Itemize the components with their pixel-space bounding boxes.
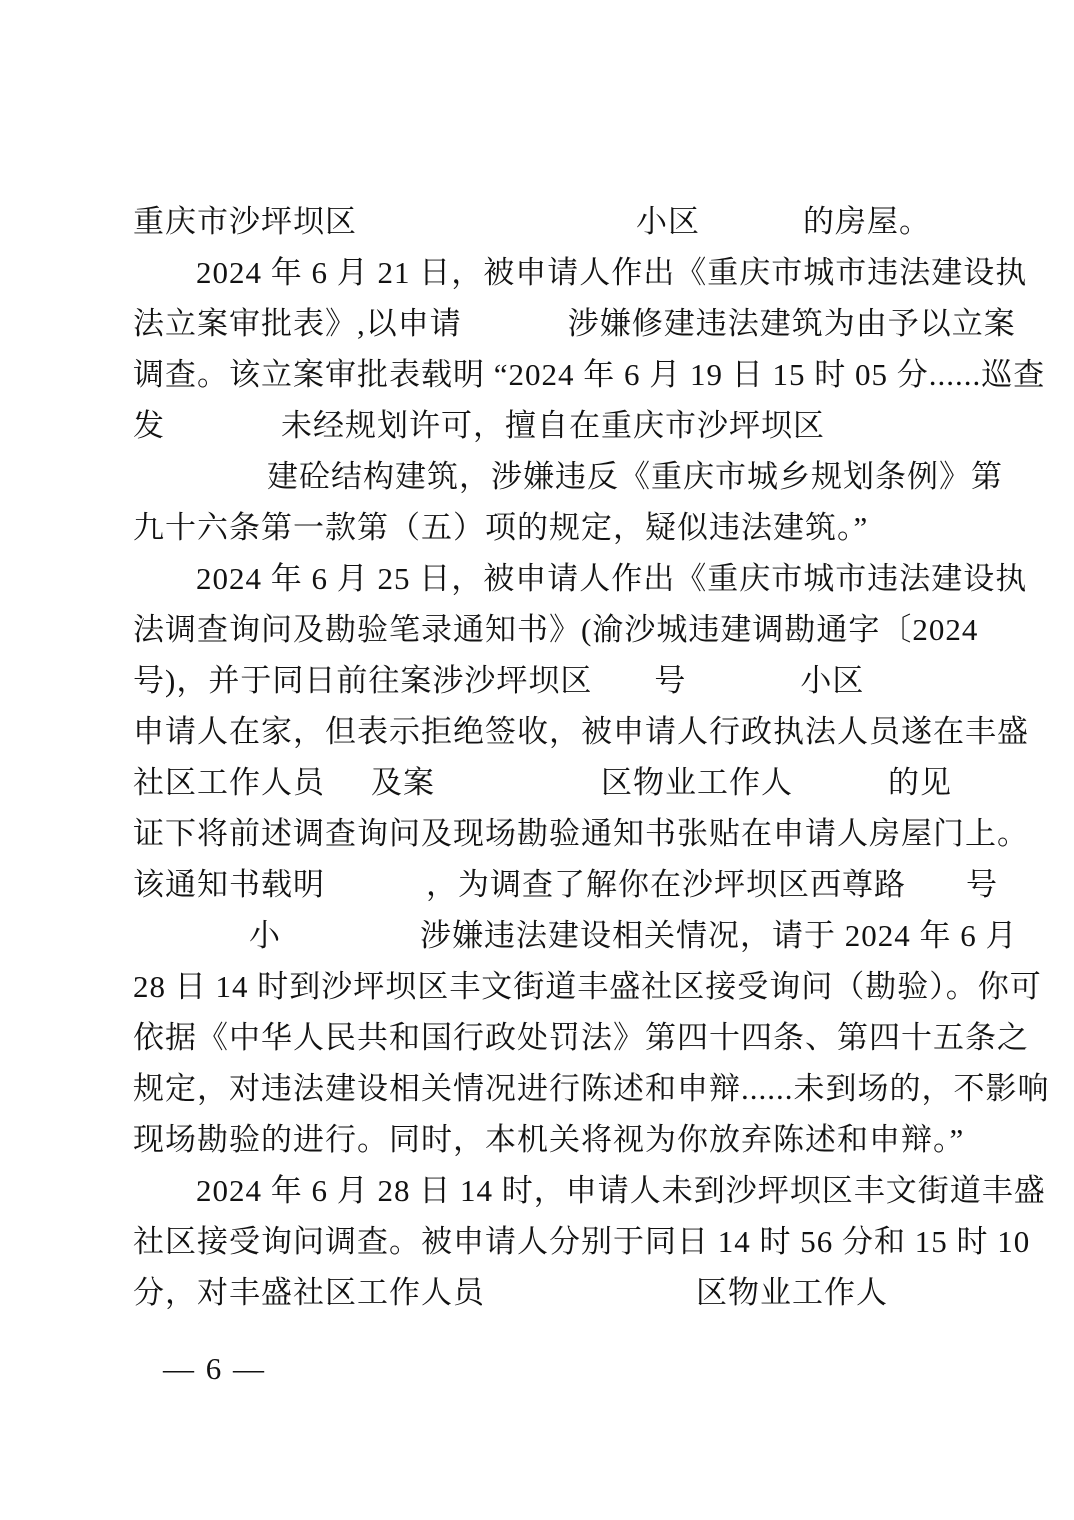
- redacted-blank: [592, 689, 654, 691]
- text-segment: 及案: [371, 765, 435, 800]
- text-line: 2024 年 6 月 28 日 14 时，申请人未到沙坪坝区丰文街道丰盛: [133, 1165, 943, 1216]
- text-line: 法立案审批表》,以申请涉嫌修建违法建筑为由予以立案: [133, 298, 943, 349]
- text-segment: 小: [249, 918, 281, 953]
- text-line: 法调查询问及勘验笔录通知书》(渝沙城违建调勘通字〔2024: [133, 604, 943, 655]
- text-segment: 小区: [636, 204, 700, 239]
- redacted-blank: [325, 893, 426, 895]
- text-segment: 法立案审批表》,以申请: [133, 306, 462, 341]
- page-number: — 6 —: [163, 1349, 266, 1389]
- text-line: 建砼结构建筑，涉嫌违反《重庆市城乡规划条例》第: [133, 451, 943, 502]
- text-line: 号)，并于同日前往案涉沙坪坝区号小区: [133, 655, 943, 706]
- text-segment: 区物业工作人: [696, 1275, 888, 1310]
- text-segment: 该通知书载明: [133, 867, 325, 902]
- document-page: 重庆市沙坪坝区小区的房屋。2024 年 6 月 21 日，被申请人作出《重庆市城…: [0, 0, 1074, 1520]
- text-line: 该通知书载明，为调查了解你在沙坪坝区西尊路号: [133, 859, 943, 910]
- text-line: 现场勘验的进行。同时，本机关将视为你放弃陈述和申辩。”: [133, 1114, 943, 1165]
- text-segment: 发: [133, 408, 165, 443]
- text-segment: 建砼结构建筑，涉嫌违反《重庆市城乡规划条例》第: [267, 459, 1003, 494]
- text-segment: 九十六条第一款第（五）项的规定，疑似违法建筑。”: [133, 510, 868, 545]
- document-body: 重庆市沙坪坝区小区的房屋。2024 年 6 月 21 日，被申请人作出《重庆市城…: [133, 196, 943, 1318]
- redacted-blank: [133, 485, 267, 487]
- text-segment: 依据《中华人民共和国行政处罚法》第四十四条、第四十五条之: [133, 1020, 1029, 1055]
- redacted-blank: [793, 791, 888, 793]
- text-segment: 社区接受询问调查。被申请人分别于同日 14 时 56 分和 15 时 10: [133, 1224, 1030, 1259]
- text-line: 申请人在家，但表示拒绝签收，被申请人行政执法人员遂在丰盛: [133, 706, 943, 757]
- text-segment: 号: [966, 867, 998, 902]
- text-segment: 的房屋。: [803, 204, 931, 239]
- text-line: 小涉嫌违法建设相关情况，请于 2024 年 6 月: [133, 910, 943, 961]
- redacted-blank: [700, 230, 803, 232]
- text-segment: 2024 年 6 月 21 日，被申请人作出《重庆市城市违法建设执: [196, 255, 1027, 290]
- text-segment: 社区工作人员: [133, 765, 325, 800]
- text-segment: 重庆市沙坪坝区: [133, 204, 357, 239]
- text-segment: 法调查询问及勘验笔录通知书》(渝沙城违建调勘通字〔2024: [133, 612, 978, 647]
- redacted-blank: [133, 587, 196, 589]
- text-segment: 证下将前述调查询问及现场勘验通知书张贴在申请人房屋门上。: [133, 816, 1029, 851]
- text-line: 证下将前述调查询问及现场勘验通知书张贴在申请人房屋门上。: [133, 808, 943, 859]
- text-line: 2024 年 6 月 21 日，被申请人作出《重庆市城市违法建设执: [133, 247, 943, 298]
- redacted-blank: [686, 689, 800, 691]
- text-segment: 2024 年 6 月 28 日 14 时，申请人未到沙坪坝区丰文街道丰盛: [196, 1173, 1046, 1208]
- text-segment: 分，对丰盛社区工作人员: [133, 1275, 485, 1310]
- redacted-blank: [133, 944, 249, 946]
- text-line: 依据《中华人民共和国行政处罚法》第四十四条、第四十五条之: [133, 1012, 943, 1063]
- text-segment: 号: [654, 663, 686, 698]
- redacted-blank: [435, 791, 601, 793]
- text-segment: 现场勘验的进行。同时，本机关将视为你放弃陈述和申辩。”: [133, 1122, 964, 1157]
- text-line: 2024 年 6 月 25 日，被申请人作出《重庆市城市违法建设执: [133, 553, 943, 604]
- text-line: 分，对丰盛社区工作人员区物业工作人: [133, 1267, 943, 1318]
- text-line: 社区接受询问调查。被申请人分别于同日 14 时 56 分和 15 时 10: [133, 1216, 943, 1267]
- redacted-blank: [485, 1301, 696, 1303]
- text-segment: 28 日 14 时到沙坪坝区丰文街道丰盛社区接受询问（勘验）。你可: [133, 969, 1042, 1004]
- redacted-blank: [133, 281, 196, 283]
- redacted-blank: [165, 434, 281, 436]
- text-segment: 号)，并于同日前往案涉沙坪坝区: [133, 663, 592, 698]
- text-segment: 2024 年 6 月 25 日，被申请人作出《重庆市城市违法建设执: [196, 561, 1027, 596]
- text-line: 社区工作人员及案区物业工作人的见: [133, 757, 943, 808]
- text-line: 调查。该立案审批表载明 “2024 年 6 月 19 日 15 时 05 分..…: [133, 349, 943, 400]
- text-segment: 未经规划许可，擅自在重庆市沙坪坝区: [281, 408, 825, 443]
- text-line: 重庆市沙坪坝区小区的房屋。: [133, 196, 943, 247]
- redacted-blank: [357, 230, 636, 232]
- text-segment: 涉嫌违法建设相关情况，请于 2024 年 6 月: [420, 918, 1018, 953]
- text-segment: 的见: [888, 765, 952, 800]
- redacted-blank: [133, 1199, 196, 1201]
- redacted-blank: [281, 944, 420, 946]
- redacted-blank: [462, 332, 568, 334]
- text-segment: 调查。该立案审批表载明 “2024 年 6 月 19 日 15 时 05 分..…: [133, 357, 1045, 392]
- text-line: 九十六条第一款第（五）项的规定，疑似违法建筑。”: [133, 502, 943, 553]
- text-segment: 申请人在家，但表示拒绝签收，被申请人行政执法人员遂在丰盛: [133, 714, 1029, 749]
- text-line: 发未经规划许可，擅自在重庆市沙坪坝区: [133, 400, 943, 451]
- text-segment: 区物业工作人: [601, 765, 793, 800]
- text-segment: 规定，对违法建设相关情况进行陈述和申辩......未到场的，不影响: [133, 1071, 1050, 1106]
- text-segment: 涉嫌修建违法建筑为由予以立案: [568, 306, 1016, 341]
- text-segment: ，为调查了解你在沙坪坝区西尊路: [426, 867, 906, 902]
- redacted-blank: [906, 893, 966, 895]
- redacted-blank: [325, 791, 371, 793]
- text-line: 28 日 14 时到沙坪坝区丰文街道丰盛社区接受询问（勘验）。你可: [133, 961, 943, 1012]
- text-segment: 小区: [800, 663, 864, 698]
- text-line: 规定，对违法建设相关情况进行陈述和申辩......未到场的，不影响: [133, 1063, 943, 1114]
